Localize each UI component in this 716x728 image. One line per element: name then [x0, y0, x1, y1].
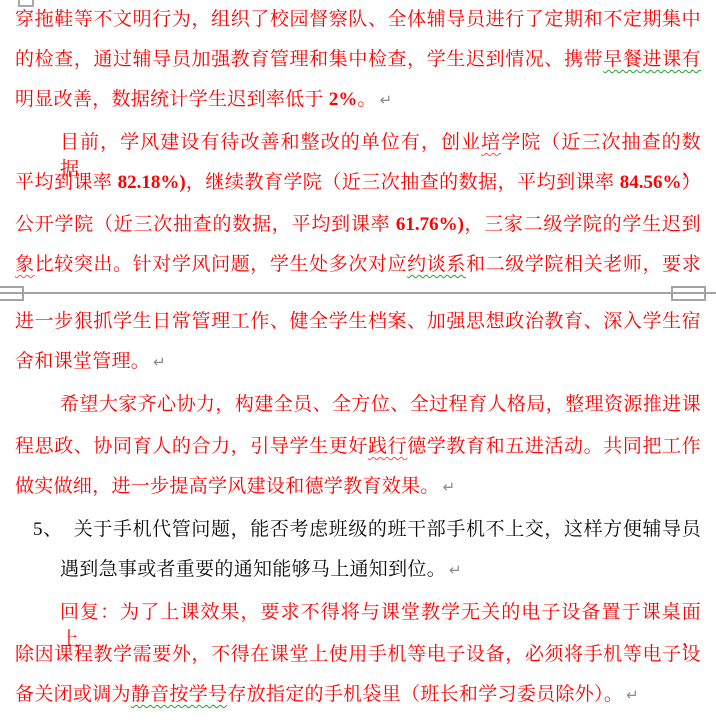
text-line: 公开学院（近三次抽查的数据，平均到课率 61.76%)，三家二级学院的学生迟到	[15, 211, 701, 238]
text-run: 关于手机代管问题，能否考虑班级的班干部手机不上交，这样方便辅导员	[74, 519, 701, 540]
text-run: 公开学院（近三次抽查的数据，平均到课率	[15, 214, 396, 235]
text-run: 舍和课堂管理。	[15, 351, 150, 372]
text-line: 备关闭或调为静音按学号存放指定的手机袋里（班长和学习委员除外）。↵	[15, 681, 701, 708]
text-run: 明显改善，数据统计学生迟到率低于	[15, 89, 329, 110]
text-run: 备关闭或调为	[15, 684, 131, 705]
text-line: 5、关于手机代管问题，能否考虑班级的班干部手机不上交，这样方便辅导员	[15, 516, 701, 543]
number-run: 61.76%)	[396, 214, 464, 235]
pilcrow-mark: ↵	[443, 478, 456, 496]
text-run: 和二级学院相关老师，要求	[466, 254, 701, 275]
text-line: 平均到课率 82.18%)，继续教育学院（近三次抽查的数据，平均到课率 84.5…	[15, 169, 701, 196]
spellcheck-wavy-run: 践行	[368, 436, 407, 457]
text-line: 象比较突出。针对学风问题，学生处多次对应约谈系和二级学院相关老师，要求	[15, 251, 701, 278]
page-break-line[interactable]	[0, 292, 716, 294]
text-run: 平均到课率	[15, 172, 118, 193]
number-run: 84.56%	[620, 172, 682, 193]
number-run: 82.18%)	[118, 172, 186, 193]
text-line: 的检查，通过辅导员加强教育管理和集中检查，学生迟到情况、携带早餐进课有	[15, 46, 701, 73]
text-run: 遇到急事或者重要的通知能够马上通知到位。	[60, 559, 446, 580]
text-run: 做实做细，进一步提高学风建设和德学教育效果。	[15, 476, 440, 497]
text-run: 比较突出。针对学风问题，学生处多次对应	[35, 254, 408, 275]
text-run: 程思政、协同育人的合力，引导学生更好	[15, 436, 368, 457]
grammar-wavy-run: 静音按学号	[131, 684, 228, 705]
grammar-wavy-run: 早餐进课有	[603, 49, 701, 70]
text-line: 程思政、协同育人的合力，引导学生更好践行德学教育和五进活动。共同把工作	[15, 433, 701, 460]
page-edge-marker-left	[0, 286, 24, 301]
text-run: 进一步狠抓学生日常管理工作、健全学生档案、加强思想政治教育、深入学生宿	[15, 311, 701, 332]
pilcrow-mark: ↵	[449, 561, 462, 579]
text-run: 的检查，通过辅导员加强教育管理和集中检查，学生迟到情况、携带	[15, 49, 603, 70]
spellcheck-wavy-run: 象	[15, 254, 35, 275]
text-run: 穿拖鞋等不文明行为，组织了校园督察队、全体辅导员进行了定期和不定期集中	[15, 9, 701, 30]
text-line: 目前，学风建设有待改善和整改的单位有，创业培学院（近三次抽查的数据，	[15, 129, 701, 156]
text-line: 除因课程教学需要外，不得在课堂上使用手机等电子设备，必须将手机等电子设	[15, 641, 701, 668]
text-run: ，继续教育学院（近三次抽查的数据，平均到课率	[186, 172, 620, 193]
text-line: 希望大家齐心协力，构建全员、全方位、全过程育人格局，整理资源推进课	[15, 391, 701, 418]
text-line: 遇到急事或者重要的通知能够马上通知到位。↵	[15, 556, 701, 583]
text-line: 回复：为了上课效果，要求不得将与课堂教学无关的电子设备置于课桌面上，	[15, 599, 701, 626]
text-run: ）	[682, 172, 701, 193]
list-number-run: 5、	[33, 519, 63, 540]
text-run: 除因课程教学需要外，不得在课堂上使用手机等电子设备，必须将手机等电子设	[15, 644, 701, 665]
page-edge-marker-right	[671, 286, 706, 301]
text-run: 希望大家齐心协力，构建全员、全方位、全过程育人格局，整理资源推进课	[60, 394, 701, 415]
text-line: 穿拖鞋等不文明行为，组织了校园督察队、全体辅导员进行了定期和不定期集中	[15, 6, 701, 33]
text-run: 。	[357, 89, 376, 110]
pilcrow-mark: ↵	[380, 91, 393, 109]
text-run: 目前，学风建设有待改善和整改的单位有，创业	[60, 132, 481, 153]
text-line: 进一步狠抓学生日常管理工作、健全学生档案、加强思想政治教育、深入学生宿	[15, 308, 701, 335]
text-line: 做实做细，进一步提高学风建设和德学教育效果。↵	[15, 473, 701, 500]
spellcheck-wavy-run: 培	[481, 132, 501, 153]
pilcrow-mark: ↵	[153, 353, 166, 371]
text-line: 明显改善，数据统计学生迟到率低于 2%。↵	[15, 86, 701, 113]
text-run: 存放指定的手机袋里（班长和学习委员除外）。	[227, 684, 623, 705]
pilcrow-mark: ↵	[626, 686, 639, 704]
text-line: 舍和课堂管理。↵	[15, 348, 701, 375]
text-run: 德学教育和五进活动。共同把工作	[407, 436, 701, 457]
word-document-page[interactable]: 穿拖鞋等不文明行为，组织了校园督察队、全体辅导员进行了定期和不定期集中 的检查，…	[0, 0, 716, 728]
text-run: ，三家二级学院的学生迟到	[464, 214, 701, 235]
page-edge-marker-top	[18, 0, 34, 7]
number-run: 2%	[329, 89, 358, 110]
grammar-wavy-run: 约谈系	[407, 254, 466, 275]
